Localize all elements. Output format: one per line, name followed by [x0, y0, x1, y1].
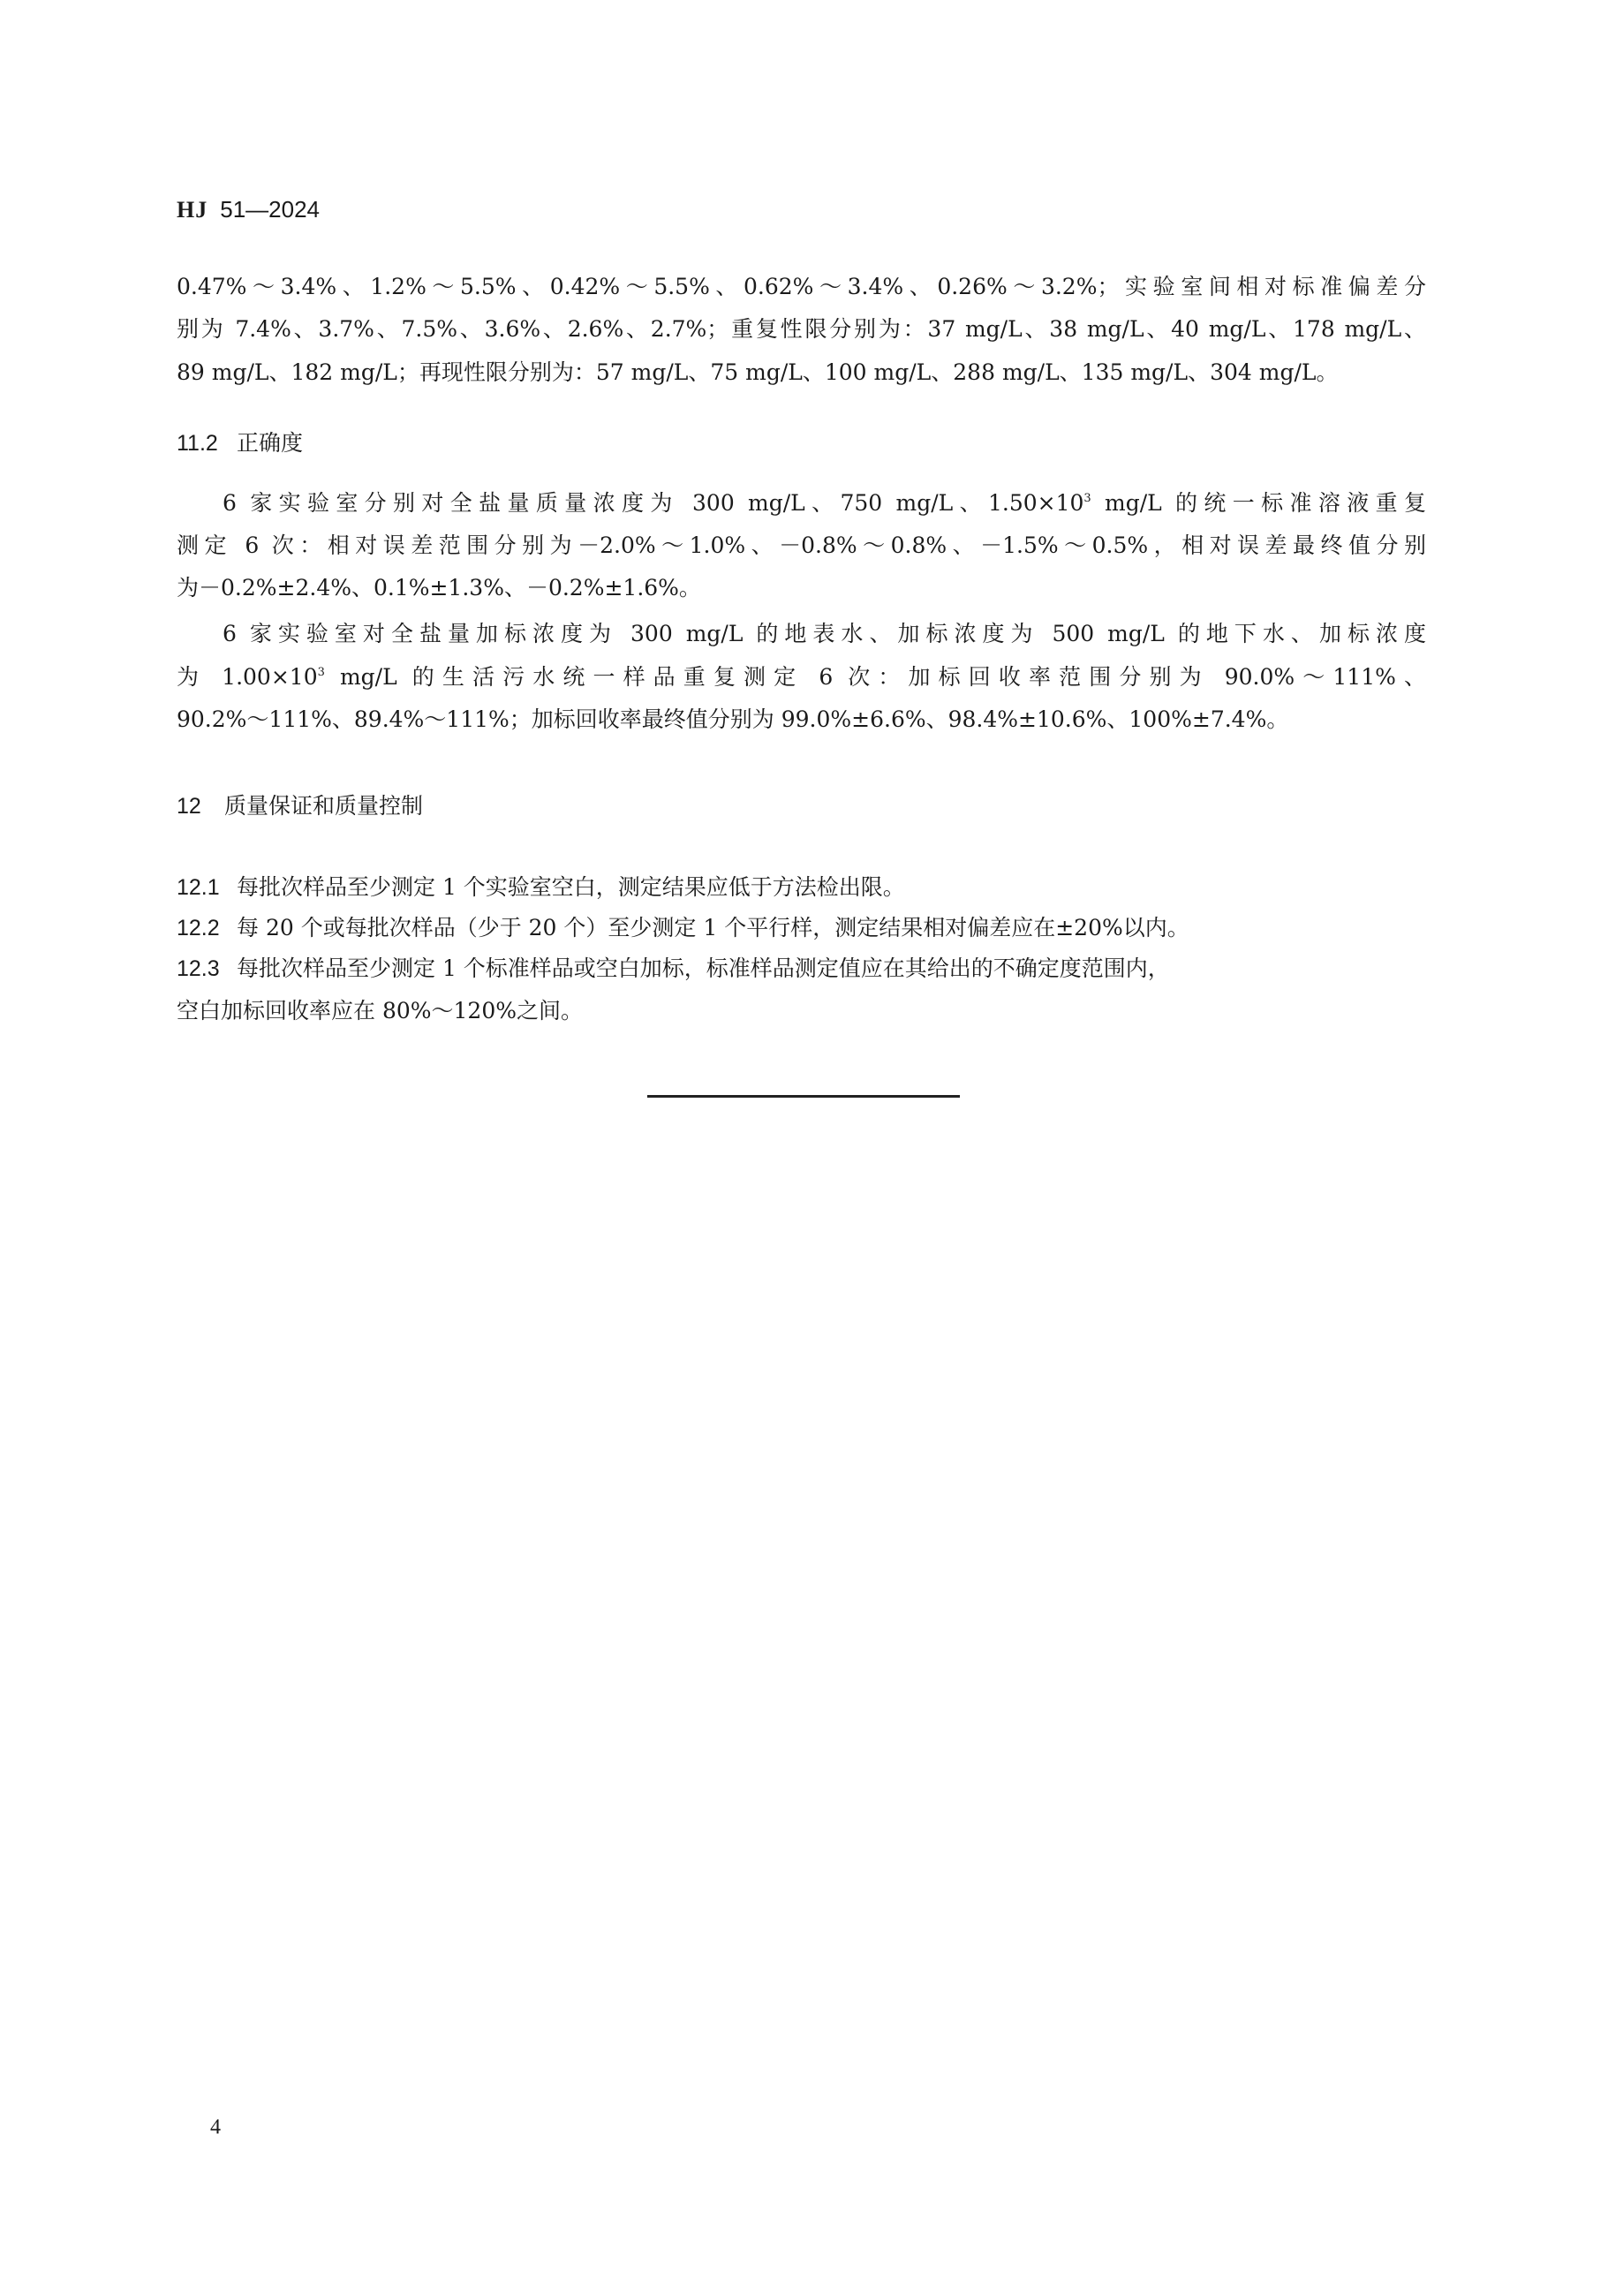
clause-12-2: 12.2每 20 个或每批次样品（少于 20 个）至少测定 1 个平行样，测定结…: [177, 910, 1189, 942]
paragraph-line: 为－0.2%±2.4%、0.1%±1.3%、－0.2%±1.6%。: [177, 575, 1426, 601]
clause-12-1: 12.1每批次样品至少测定 1 个实验室空白，测定结果应低于方法检出限。: [177, 870, 905, 902]
paragraph-line: 0.47%～3.4%、1.2%～5.5%、0.42%～5.5%、0.62%～3.…: [177, 274, 1426, 300]
clause-12-3: 12.3每批次样品至少测定 1 个标准样品或空白加标，标准样品测定值应在其给出的…: [177, 951, 1170, 983]
paragraph-line: 89 mg/L、182 mg/L；再现性限分别为：57 mg/L、75 mg/L…: [177, 359, 1426, 386]
section-heading-11-2: 11.2正确度: [177, 426, 303, 457]
section-number: 12: [177, 794, 224, 819]
standard-number: 51—2024: [220, 196, 320, 223]
paragraph-line: 90.2%～111%、89.4%～111%；加标回收率最终值分别为 99.0%±…: [177, 706, 1426, 733]
section-number: 11.2: [177, 431, 237, 457]
section-heading-12: 12质量保证和质量控制: [177, 789, 423, 820]
paragraph-line: 6 家实验室对全盐量加标浓度为 300 mg/L 的地表水、加标浓度为 500 …: [223, 621, 1426, 647]
end-rule: [647, 1095, 960, 1098]
clause-12-3-continuation: 空白加标回收率应在 80%～120%之间。: [177, 993, 583, 1025]
paragraph-line: 为 1.00×103 mg/L 的生活污水统一样品重复测定 6 次：加标回收率范…: [177, 664, 1426, 691]
paragraph-line: 6 家实验室分别对全盐量质量浓度为 300 mg/L、750 mg/L、1.50…: [223, 490, 1426, 517]
paragraph-line: 测定 6 次：相对误差范围分别为－2.0%～1.0%、－0.8%～0.8%、－1…: [177, 532, 1426, 559]
paragraph-line: 别为 7.4%、3.7%、7.5%、3.6%、2.6%、2.7%；重复性限分别为…: [177, 316, 1426, 343]
page-number: 4: [210, 2116, 221, 2140]
section-title: 质量保证和质量控制: [224, 794, 423, 819]
standard-prefix: HJ: [177, 197, 208, 223]
document-header: HJ51—2024: [177, 196, 320, 223]
section-title: 正确度: [237, 431, 303, 456]
